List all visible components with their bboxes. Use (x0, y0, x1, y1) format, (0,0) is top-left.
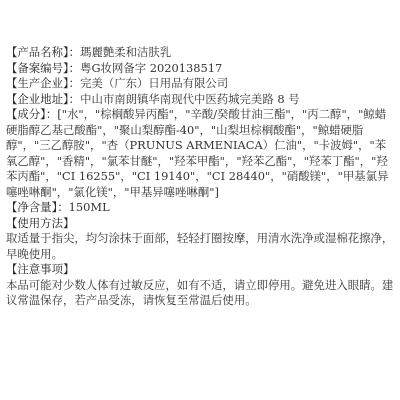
field-label: 【净含量】 (6, 200, 57, 214)
ingredients-list: ["水"，"棕榈酸异丙酯"，"辛酸/癸酸甘油三酯"，"丙二醇"，"鲸蜡硬脂醇乙基… (6, 107, 388, 199)
field-value: 完美（广东）日用品有限公司 (80, 76, 228, 90)
field-registration-number: 【备案编号】：粤G妆网备字 2020138517 (6, 61, 396, 77)
field-ingredients: 【成分】：["水"，"棕榈酸异丙酯"，"辛酸/癸酸甘油三酯"，"丙二醇"，"鲸蜡… (6, 107, 396, 200)
field-value: 中山市南朗镇华南现代中医药城完美路 8 号 (80, 92, 300, 106)
field-separator: ： (57, 200, 68, 214)
field-separator: ： (69, 61, 80, 75)
field-label: 【成分】 (6, 107, 46, 121)
field-value: 粤G妆网备字 2020138517 (80, 61, 222, 75)
caution-text: 本品可能对少数人体有过敏反应，如有不适，请立即停用。避免进入眼睛。建议常温保存，… (6, 278, 396, 309)
field-product-name: 【产品名称】：瑪麗艶柔和洁肤乳 (6, 45, 396, 61)
field-label: 【备案编号】 (6, 61, 69, 75)
field-manufacturer: 【生产企业】：完美（广东）日用品有限公司 (6, 76, 396, 92)
product-label-document: 【产品名称】：瑪麗艶柔和洁肤乳 【备案编号】：粤G妆网备字 2020138517… (6, 45, 396, 309)
caution-heading: 【注意事项】 (6, 262, 396, 278)
field-value: 150ML (69, 200, 110, 214)
field-separator: ： (69, 76, 80, 90)
field-separator: ： (69, 92, 80, 106)
usage-text: 取适量于指尖，均匀涂抹于面部，轻轻打圈按摩，用清水洗净或湿棉花擦净，早晚使用。 (6, 231, 396, 262)
field-value: 瑪麗艶柔和洁肤乳 (80, 45, 171, 59)
field-address: 【企业地址】：中山市南朗镇华南现代中医药城完美路 8 号 (6, 92, 396, 108)
field-separator: ： (46, 107, 57, 121)
field-label: 【生产企业】 (6, 76, 69, 90)
field-net-content: 【净含量】：150ML (6, 200, 396, 216)
field-separator: ： (69, 45, 80, 59)
field-label: 【企业地址】 (6, 92, 69, 106)
field-label: 【产品名称】 (6, 45, 69, 59)
usage-heading: 【使用方法】 (6, 216, 396, 232)
